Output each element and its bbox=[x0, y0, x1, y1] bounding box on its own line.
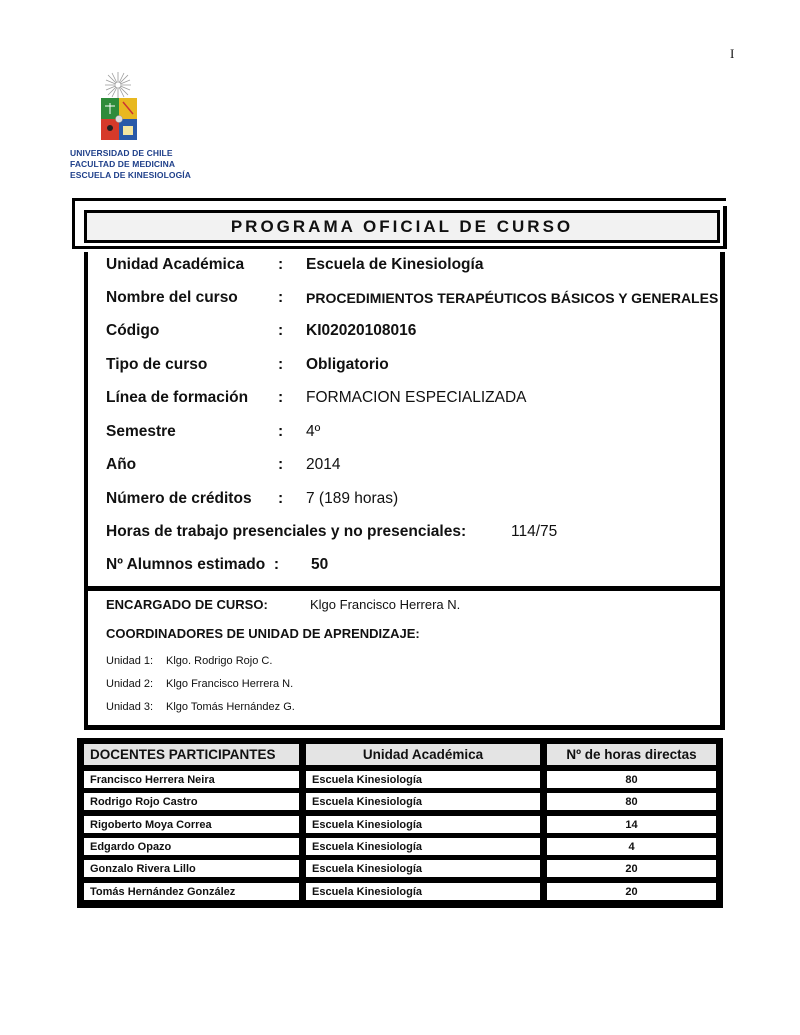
logo-text: UNIVERSIDAD DE CHILE FACULTAD DE MEDICIN… bbox=[70, 148, 191, 181]
hours-label: Horas de trabajo presenciales y no prese… bbox=[106, 523, 466, 541]
docente-name: Rodrigo Rojo Castro bbox=[84, 793, 299, 810]
course-info-section: Unidad Académica : Escuela de Kinesiolog… bbox=[84, 252, 725, 591]
encargado-label: ENCARGADO DE CURSO: bbox=[106, 597, 268, 612]
unit-coordinator: Klgo Tomás Hernández G. bbox=[166, 701, 295, 713]
info-colon: : bbox=[278, 256, 283, 274]
docente-horas: 20 bbox=[547, 883, 716, 900]
info-value: 2014 bbox=[306, 456, 340, 474]
info-value: 7 (189 horas) bbox=[306, 490, 398, 508]
docentes-table: DOCENTES PARTICIPANTESUnidad AcadémicaNº… bbox=[77, 738, 723, 908]
page-title: PROGRAMA OFICIAL DE CURSO bbox=[231, 217, 573, 237]
logo-line-university: UNIVERSIDAD DE CHILE bbox=[70, 148, 191, 159]
table-header-horas: Nº de horas directas bbox=[547, 744, 716, 765]
students-value: 50 bbox=[311, 556, 328, 574]
info-value: Escuela de Kinesiología bbox=[306, 256, 483, 274]
docente-unidad: Escuela Kinesiología bbox=[306, 816, 540, 833]
page-number: I bbox=[730, 46, 734, 62]
docente-unidad: Escuela Kinesiología bbox=[306, 860, 540, 877]
hours-value: 114/75 bbox=[511, 523, 557, 541]
info-value: 4º bbox=[306, 423, 320, 441]
info-colon: : bbox=[278, 289, 283, 307]
table-header-unidad: Unidad Académica bbox=[306, 744, 540, 765]
unit-coordinator: Klgo Francisco Herrera N. bbox=[166, 678, 293, 690]
docente-name: Tomás Hernández González bbox=[84, 883, 299, 900]
docente-name: Francisco Herrera Neira bbox=[84, 771, 299, 788]
docente-name: Rigoberto Moya Correa bbox=[84, 816, 299, 833]
unit-coordinator: Klgo. Rodrigo Rojo C. bbox=[166, 655, 272, 667]
info-colon: : bbox=[278, 423, 283, 441]
info-label: Semestre bbox=[106, 423, 176, 441]
docente-unidad: Escuela Kinesiología bbox=[306, 838, 540, 855]
docente-name: Edgardo Opazo bbox=[84, 838, 299, 855]
logo-line-school: ESCUELA DE KINESIOLOGÍA bbox=[70, 170, 191, 181]
info-colon: : bbox=[278, 490, 283, 508]
shield-icon bbox=[101, 98, 137, 142]
info-label: Línea de formación bbox=[106, 389, 248, 407]
info-colon: : bbox=[278, 389, 283, 407]
info-label: Nombre del curso bbox=[106, 289, 238, 307]
star-emblem-icon bbox=[100, 70, 136, 100]
docente-horas: 14 bbox=[547, 816, 716, 833]
info-label: Tipo de curso bbox=[106, 356, 207, 374]
unit-label: Unidad 1: bbox=[106, 655, 153, 667]
staff-section: ENCARGADO DE CURSO: Klgo Francisco Herre… bbox=[84, 591, 725, 730]
info-value: KI02020108016 bbox=[306, 322, 416, 340]
docente-unidad: Escuela Kinesiología bbox=[306, 883, 540, 900]
title-divider bbox=[72, 246, 724, 249]
students-label: Nº Alumnos estimado : bbox=[106, 556, 279, 574]
unit-label: Unidad 2: bbox=[106, 678, 153, 690]
docente-horas: 4 bbox=[547, 838, 716, 855]
info-colon: : bbox=[278, 356, 283, 374]
info-label: Año bbox=[106, 456, 136, 474]
info-label: Código bbox=[106, 322, 159, 340]
docente-name: Gonzalo Rivera Lillo bbox=[84, 860, 299, 877]
logo-line-faculty: FACULTAD DE MEDICINA bbox=[70, 159, 191, 170]
docente-unidad: Escuela Kinesiología bbox=[306, 793, 540, 810]
info-colon: : bbox=[278, 456, 283, 474]
title-frame: PROGRAMA OFICIAL DE CURSO bbox=[72, 198, 726, 246]
info-colon: : bbox=[278, 322, 283, 340]
docente-horas: 20 bbox=[547, 860, 716, 877]
coordinadores-title: COORDINADORES DE UNIDAD DE APRENDIZAJE: bbox=[106, 626, 420, 641]
title-box: PROGRAMA OFICIAL DE CURSO bbox=[84, 210, 720, 243]
info-value: Obligatorio bbox=[306, 356, 389, 374]
docente-unidad: Escuela Kinesiología bbox=[306, 771, 540, 788]
info-value: FORMACION ESPECIALIZADA bbox=[306, 389, 526, 407]
title-frame-edge bbox=[723, 206, 727, 249]
info-label: Número de créditos bbox=[106, 490, 252, 508]
table-header-name: DOCENTES PARTICIPANTES bbox=[84, 744, 299, 765]
unit-label: Unidad 3: bbox=[106, 701, 153, 713]
info-value: PROCEDIMIENTOS TERAPÉUTICOS BÁSICOS Y GE… bbox=[306, 290, 718, 306]
info-label: Unidad Académica bbox=[106, 256, 244, 274]
encargado-value: Klgo Francisco Herrera N. bbox=[310, 597, 460, 612]
docente-horas: 80 bbox=[547, 771, 716, 788]
docente-horas: 80 bbox=[547, 793, 716, 810]
